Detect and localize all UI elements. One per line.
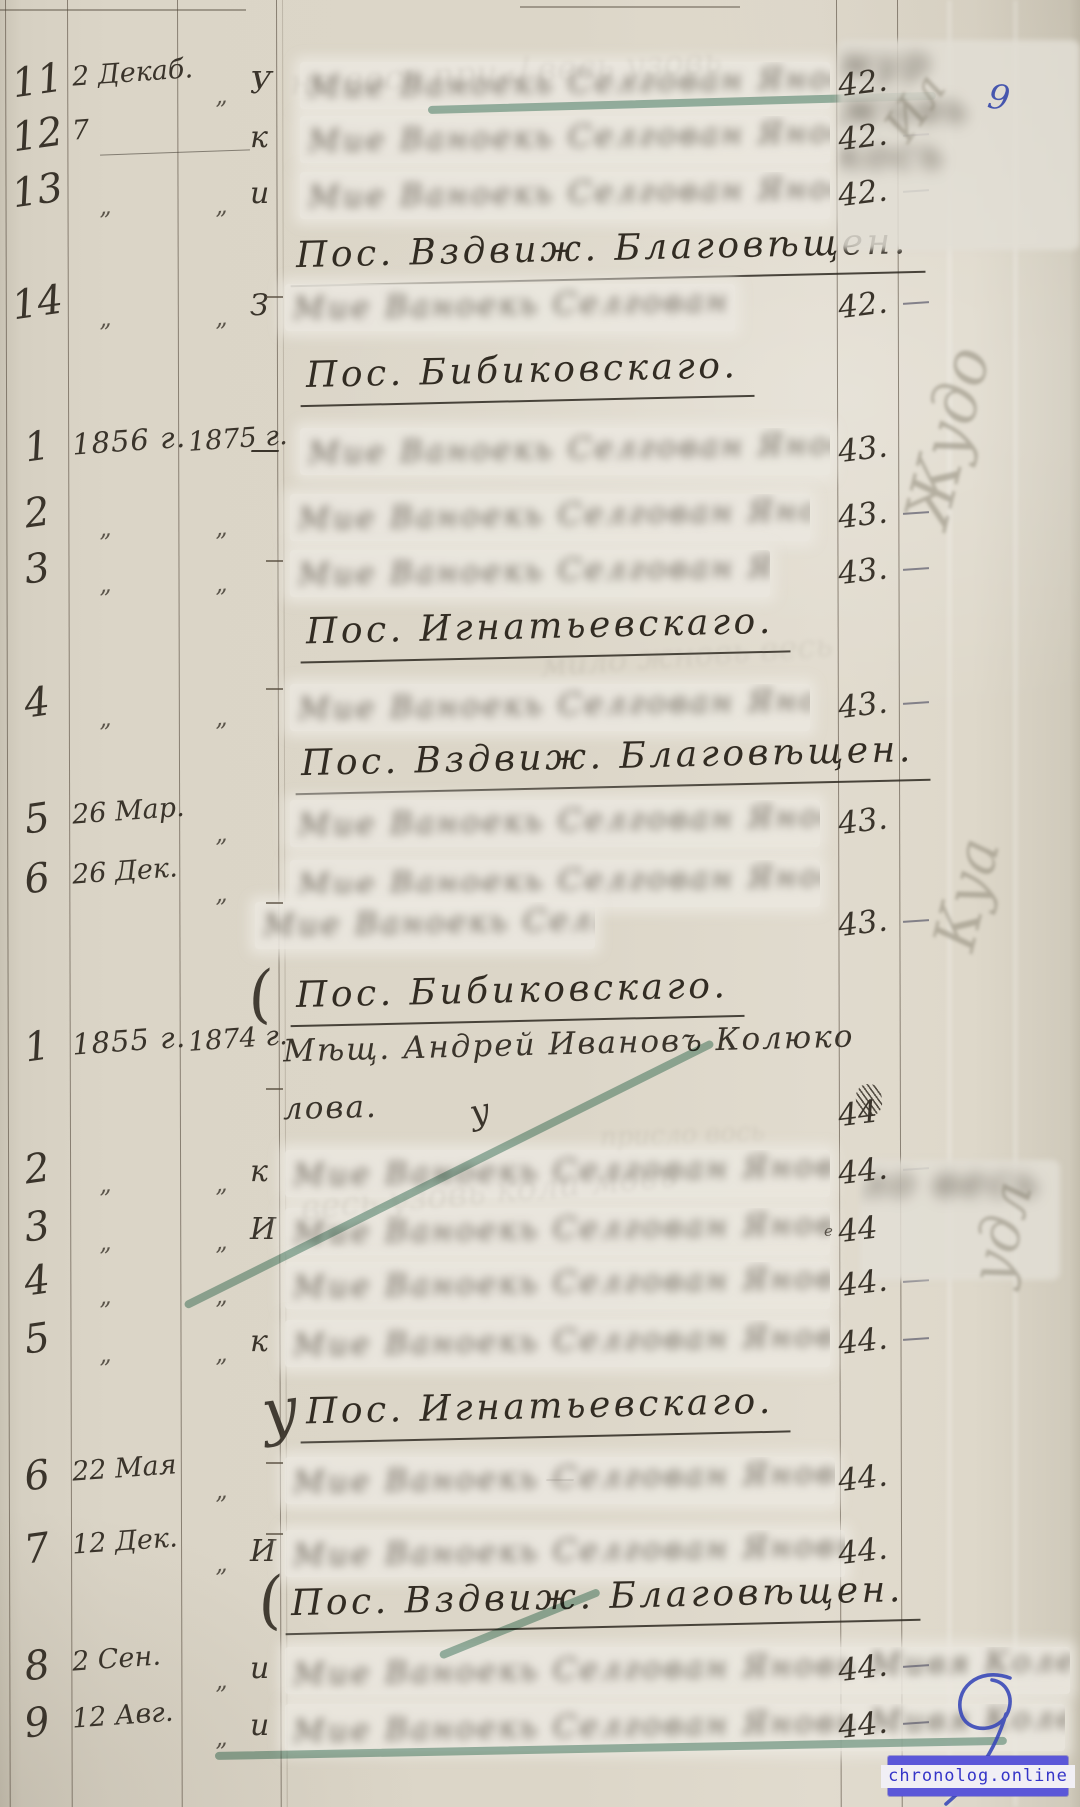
person-name: Мѣщ. Андрей Ивановъ Колюко xyxy=(283,1019,855,1070)
ditto-mark: „ xyxy=(186,1639,297,1696)
folio-number: 44. xyxy=(836,1455,910,1499)
settlement-header: Пос. Бибиковскаго. xyxy=(289,965,745,1027)
row-number: 9 xyxy=(9,1697,65,1750)
redacted-name-blur: Мие Ваноекь Селгован Яновь Мивя Колевь Р… xyxy=(285,1320,830,1367)
folio-number: 44. xyxy=(836,1528,910,1572)
row-tick-mark xyxy=(266,560,283,562)
date-cell: „ xyxy=(70,1312,203,1371)
name-lead-char: к xyxy=(250,1146,268,1189)
row-number: 4 xyxy=(9,1255,65,1308)
row-tick-mark xyxy=(266,902,283,904)
ditto-mark: „ xyxy=(186,276,297,333)
date-cell: 22 Мая xyxy=(71,1449,177,1487)
date-cell: „ xyxy=(70,486,203,545)
person-name: лова. xyxy=(283,1089,379,1127)
folio-number: 44 xyxy=(836,1090,910,1134)
ditto-mark: „ xyxy=(186,1254,297,1311)
row-number: 1 xyxy=(9,1021,65,1074)
row-tick-mark xyxy=(266,1088,283,1090)
row-number: 1 xyxy=(9,421,65,474)
row-number: 3 xyxy=(9,1201,65,1254)
ditto-mark: „ xyxy=(186,1696,297,1753)
date-cell: „ xyxy=(70,276,203,335)
row-number: 8 xyxy=(9,1640,65,1693)
ditto-mark: „ xyxy=(186,542,297,599)
top-rule-fragment xyxy=(0,9,246,11)
date-cell: 2 Сен. xyxy=(71,1639,177,1677)
paper-crease xyxy=(1014,0,1017,1807)
top-rule-fragment xyxy=(520,6,740,8)
ink-bleedthrough-ghost: присло вось xyxy=(600,1117,766,1153)
ditto-mark: „ xyxy=(186,1200,297,1257)
scanned-register-page: 112 Декаб.„УМие Ваноекь Селгован Яновь М… xyxy=(0,0,1080,1807)
date-cell: 12 Дек. xyxy=(71,1522,177,1560)
column-rule-date xyxy=(177,0,183,1807)
date-cell: 26 Дек. xyxy=(71,852,177,890)
watermark-badge: chronolog.online xyxy=(888,1756,1068,1796)
folio-number: 44. xyxy=(836,1260,910,1304)
row-number: 4 xyxy=(9,677,65,730)
year-recorded: 1855 г. xyxy=(71,1020,177,1061)
pen-stroke xyxy=(100,149,250,155)
pen-flourish: у xyxy=(257,1372,303,1449)
ditto-mark: „ xyxy=(186,792,297,849)
check-flourish: у xyxy=(466,1090,494,1133)
date-cell: „ xyxy=(70,542,203,601)
year-recorded: 1856 г. xyxy=(71,420,177,461)
date-cell: 2 Декаб. xyxy=(71,54,177,92)
ditto-mark: „ xyxy=(186,1142,297,1199)
row-number: 6 xyxy=(9,1450,65,1503)
row-number: 5 xyxy=(9,1313,65,1366)
name-lead-char: и xyxy=(250,1700,269,1743)
folio-prefix-mark: е xyxy=(824,1222,833,1240)
row-number: 2 xyxy=(9,1143,65,1196)
ditto-mark: „ xyxy=(186,1522,297,1579)
redacted-name-blur: Мие Ваноекь Селгован Яновь Мивя Колевь Р… xyxy=(285,284,735,331)
row-number: 13 xyxy=(9,165,65,218)
redacted-name-blur: Мие Ваноекь Селгован Яновь Мивя Колевь Р… xyxy=(300,172,830,219)
row-tick-mark xyxy=(266,1462,283,1464)
row-number: 2 xyxy=(9,487,65,540)
name-lead-char: к xyxy=(250,1316,268,1359)
row-tick-mark xyxy=(266,688,283,690)
name-lead-char: — xyxy=(250,424,280,467)
redacted-name-blur: Мие Ваноекь Селгован Яновь Мивя Колевь Р… xyxy=(285,1262,830,1309)
row-number: 12 xyxy=(9,109,65,162)
settlement-header: Пос. Игнатьевскаго. xyxy=(299,1380,790,1443)
redacted-name-blur: Мие Ваноекь Селгован Яновь Мивя Колевь Р… xyxy=(285,1530,845,1577)
row-tick-mark xyxy=(266,1533,283,1535)
row-number: 3 xyxy=(9,543,65,596)
ditto-mark: „ xyxy=(186,1449,297,1506)
date-cell: „ xyxy=(70,1142,203,1201)
date-cell: „ xyxy=(70,164,203,223)
name-lead-char: и xyxy=(250,1643,269,1686)
redacted-name-blur: Мие Ваноекь Селгован Яновь Мивя Колевь Р… xyxy=(290,800,820,847)
row-number: 7 xyxy=(9,1523,65,1576)
watermark-label: chronolog.online xyxy=(881,1765,1075,1788)
ditto-mark: „ xyxy=(186,164,297,221)
row-number: 14 xyxy=(9,277,65,330)
redacted-name-blur: Мие Ваноекь Селгован Яновь Мивя Колевь Р… xyxy=(290,550,770,597)
date-cell: 12 Авг. xyxy=(71,1696,177,1734)
row-number: 5 xyxy=(9,793,65,846)
redacted-name-blur: Мие Ваноекь Селгован Яновь Мивя Колевь Р… xyxy=(300,428,830,475)
redacted-name-blur: Мие Ваноекь Селгован Яновь Мивя Колевь Р… xyxy=(300,116,830,163)
ditto-mark: „ xyxy=(186,54,297,111)
row-number: 11 xyxy=(9,55,65,108)
name-lead-char: З xyxy=(250,280,269,323)
name-lead-char: У xyxy=(250,58,272,101)
date-cell: 7 xyxy=(71,108,177,146)
row-tick-mark xyxy=(266,296,283,298)
name-lead-char: к xyxy=(250,112,268,155)
redacted-name-blur: Мие Ваноекь Селгован Яновь Мивя Колевь Р… xyxy=(255,902,595,949)
ditto-mark: „ xyxy=(186,486,297,543)
year-entry: 1874 г. xyxy=(187,1021,271,1058)
folio-number: 44. xyxy=(836,1318,910,1362)
settlement-header: Пос. Вздвиж. Благовѣщен. xyxy=(289,221,925,287)
row-number: 6 xyxy=(9,853,65,906)
date-cell: „ xyxy=(70,1200,203,1259)
redacted-name-blur: Мие Ваноекь Селгован Яновь Мивя Колевь Р… xyxy=(290,494,810,541)
settlement-header: Пос. Вздвиж. Благовѣщен. xyxy=(294,729,930,795)
pencil-marginalia-segment: Куа xyxy=(920,831,1013,957)
redacted-name-blur: Мие Ваноекь Селгован Яновь Мивя Колевь Р… xyxy=(290,860,820,907)
ditto-mark: „ xyxy=(186,676,297,733)
date-cell: „ xyxy=(70,676,203,735)
redacted-name-blur: Мие Ваноекь Селгован Яновь Мивя Колевь Р… xyxy=(285,1457,835,1504)
redacted-name-blur: Мие Ваноекь Селгован Яновь Мивя Колевь Р… xyxy=(290,684,810,731)
pen-flourish: ( xyxy=(253,1563,287,1639)
settlement-header: Пос. Бибиковскаго. xyxy=(299,345,755,407)
name-lead-char: и xyxy=(250,168,269,211)
ditto-mark: „ xyxy=(186,1312,297,1369)
name-lead-char: И xyxy=(250,1204,276,1247)
settlement-header: Пос. Вздвиж. Благовѣщен. xyxy=(284,1569,920,1635)
date-cell: 26 Мар. xyxy=(71,792,177,830)
